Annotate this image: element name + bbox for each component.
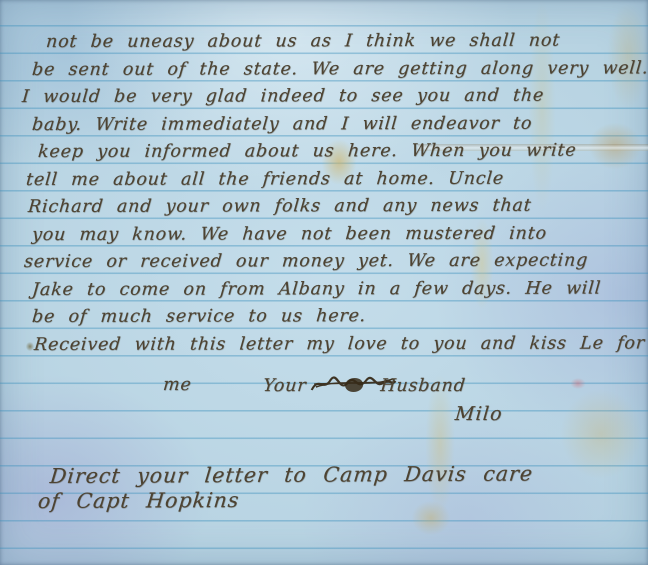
letter-line: tell me about all the friends at home. U… — [25, 165, 645, 194]
letter-line: Richard and your own folks and any news … — [27, 192, 645, 221]
signature-milo: Milo — [454, 403, 504, 425]
letter-line: Received with this letter my love to you… — [33, 330, 645, 359]
letter-line: service or received our money yet. We ar… — [23, 247, 645, 276]
letter-line: you may know. We have not been mustered … — [31, 220, 645, 249]
postscript: Direct your letter to Camp Davis careof … — [50, 464, 533, 514]
postscript-line: Direct your letter to Camp Davis care — [49, 461, 535, 489]
postscript-line: of Capt Hopkins — [37, 486, 535, 514]
closing-row: me Your Husband — [0, 372, 648, 400]
letter-line: not be uneasy about us as I think we sha… — [45, 27, 645, 56]
letter-scan-page: not be uneasy about us as I think we sha… — [0, 0, 648, 565]
letter-body: not be uneasy about us as I think we sha… — [32, 29, 644, 359]
letter-line: baby. Write immediately and I will endea… — [31, 110, 645, 139]
closing-husband-word: Husband — [380, 376, 467, 396]
letter-line: Jake to come on from Albany in a few day… — [31, 275, 645, 304]
closing-phrase: Your Husband — [262, 372, 467, 401]
closing-your-word: Your — [262, 376, 307, 396]
letter-line: keep you informed about us here. When yo… — [37, 137, 645, 166]
closing-me-word: me — [162, 372, 193, 400]
letter-line: I would be very glad indeed to see you a… — [21, 82, 645, 111]
letter-line: be of much service to us here. — [31, 302, 645, 331]
letter-line: be sent out of the state. We are getting… — [31, 55, 645, 84]
